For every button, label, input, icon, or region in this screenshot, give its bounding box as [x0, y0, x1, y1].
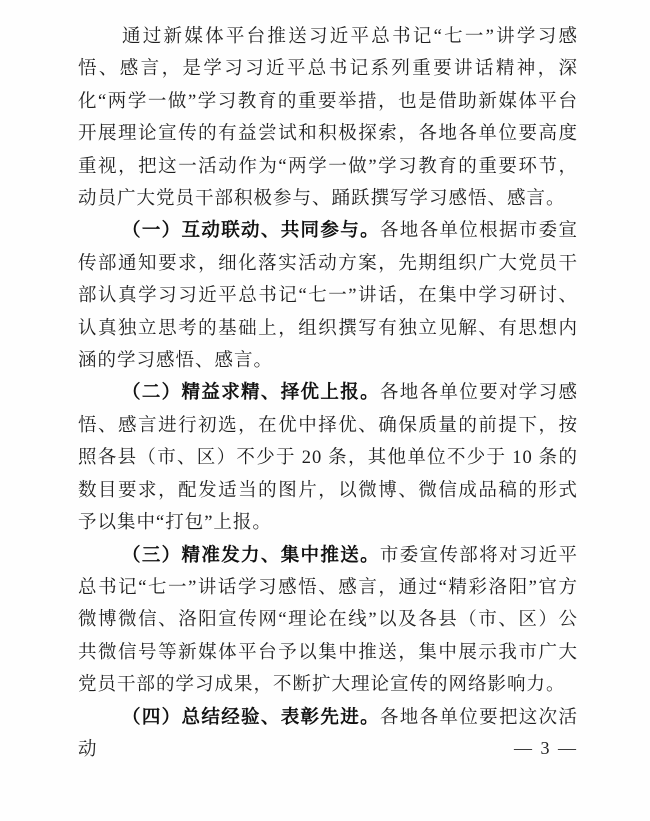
paragraph-heading: （二）精益求精、择优上报。 [122, 383, 380, 403]
paragraph-text: 各地各单位根据市委宣传部通知要求，细化落实活动方案，先期组织广大党员干部认真学习… [78, 221, 578, 371]
paragraph-text: 各地各单位要对学习感悟、感言进行初选，在优中择优、确保质量的前提下，按照各县（市… [78, 383, 578, 533]
paragraph-text: 通过新媒体平台推送习近平总书记“七一”讲学习感悟、感言，是学习习近平总书记系列重… [78, 27, 578, 209]
paragraph-heading: （四）总结经验、表彰先进。 [122, 708, 380, 728]
paragraph-text: 市委宣传部将对习近平总书记“七一”讲话学习感悟、感言，通过“精彩洛阳”官方微博微… [78, 546, 578, 696]
paragraph-heading: （一）互动联动、共同参与。 [122, 221, 380, 241]
page-number: — 3 — [514, 736, 578, 760]
paragraph: （二）精益求精、择优上报。各地各单位要对学习感悟、感言进行初选，在优中择优、确保… [78, 377, 578, 539]
paragraph: 通过新媒体平台推送习近平总书记“七一”讲学习感悟、感言，是学习习近平总书记系列重… [78, 21, 578, 215]
document-body: 通过新媒体平台推送习近平总书记“七一”讲学习感悟、感言，是学习习近平总书记系列重… [78, 21, 578, 766]
paragraph-heading: （三）精准发力、集中推送。 [122, 546, 380, 566]
paragraph: （一）互动联动、共同参与。各地各单位根据市委宣传部通知要求，细化落实活动方案，先… [78, 215, 578, 377]
paragraph: （四）总结经验、表彰先进。各地各单位要把这次活动 [78, 702, 578, 767]
document-page: 通过新媒体平台推送习近平总书记“七一”讲学习感悟、感言，是学习习近平总书记系列重… [0, 0, 650, 821]
paragraph: （三）精准发力、集中推送。市委宣传部将对习近平总书记“七一”讲话学习感悟、感言，… [78, 540, 578, 702]
